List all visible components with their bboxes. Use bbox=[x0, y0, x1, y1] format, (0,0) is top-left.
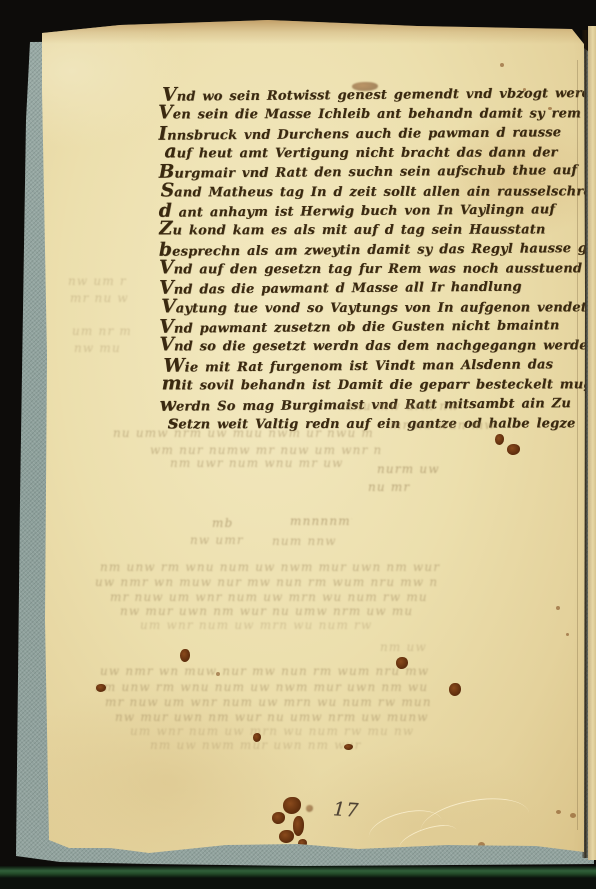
bleedthrough-note: nu mr bbox=[368, 480, 428, 494]
paper-speck bbox=[570, 813, 576, 818]
bottom-shadow bbox=[0, 878, 596, 889]
bleedthrough-note: wm nur numw mr nuw um wnr n bbox=[150, 443, 440, 457]
ink-stain-cluster bbox=[272, 812, 285, 824]
page-number: 17 bbox=[332, 798, 360, 822]
manuscript-line: Vnd so die gesetzt werdn das dem nachgeg… bbox=[159, 336, 589, 356]
table-edge-highlight bbox=[0, 866, 596, 878]
bleedthrough-line: nw mur uwn nm wur nu umw nrm uw munw bbox=[115, 710, 525, 724]
paper-speck bbox=[216, 672, 220, 676]
manuscript-line: Sand Matheus tag In d zeit sollt allen a… bbox=[161, 181, 589, 201]
bleedthrough-note: nw umr bbox=[190, 533, 260, 547]
bleedthrough-note: nurm uw bbox=[377, 462, 449, 476]
top-edge-discoloration bbox=[40, 18, 584, 44]
ink-stain bbox=[507, 444, 520, 455]
bleedthrough-line: um nr m bbox=[72, 324, 167, 338]
bleedthrough-note: nu umw nrm uw muu nwm ur nwu m bbox=[113, 426, 425, 440]
bleedthrough-line: um wnr num uw mrn wu num rw mu nw bbox=[130, 724, 510, 738]
ink-stain-cluster bbox=[306, 805, 313, 812]
bleedthrough-line: nw mur uwn nm wur nu umw nrm uw mu bbox=[120, 604, 510, 618]
manuscript-line: Vnd das die pawmant d Masse all Ir handl… bbox=[159, 276, 589, 299]
manuscript-page: Vnd wo sein Rotwisst genest gemendt vnd … bbox=[0, 0, 596, 889]
bleedthrough-line: nw mu bbox=[74, 341, 162, 355]
bleedthrough-line: uw nmr wn muw nur mw nun rm wum nru mw n bbox=[95, 575, 535, 589]
bleedthrough-line: nm unw rm wnu num uw nwm mur uwn nm wu bbox=[95, 680, 535, 694]
adjacent-page-edge bbox=[588, 26, 596, 860]
bleedthrough-line: nw um r bbox=[68, 274, 168, 288]
bleedthrough-line: um wnr num uw mrn wu num rw bbox=[140, 618, 470, 632]
bleedthrough-line: uw nmr wn muw nur mw nun rm wum nru mw bbox=[100, 664, 530, 678]
manuscript-text-block: Vnd wo sein Rotwisst genest gemendt vnd … bbox=[158, 84, 590, 434]
paper-speck bbox=[566, 633, 569, 636]
manuscript-line: mit sovil behandn ist Damit die geparr b… bbox=[162, 374, 590, 394]
manuscript-line: Burgmair vnd Ratt den suchn sein aufschu… bbox=[158, 160, 588, 183]
bleedthrough-line: mr nuw um wnr num uw mrn wu num rw mun bbox=[105, 695, 535, 709]
ink-stain-cluster bbox=[283, 797, 301, 814]
paper-speck bbox=[500, 63, 504, 67]
bleedthrough-note: num nnw bbox=[272, 534, 350, 548]
ink-stain bbox=[495, 434, 504, 445]
paper-speck bbox=[556, 810, 561, 814]
manuscript-line: Vaytung tue vond so Vaytungs von In aufg… bbox=[161, 297, 589, 317]
bleedthrough-line: mr nuw um wnr num uw mrn wu num rw mu bbox=[110, 590, 530, 604]
ink-stain-cluster bbox=[279, 830, 294, 843]
bleedthrough-line: nm uw nwm mur uwn nm wur bbox=[150, 738, 450, 752]
manuscript-line: besprechn als am zweytin damit sy das Re… bbox=[159, 238, 589, 261]
bleedthrough-note: nnu mw urm nw bbox=[345, 399, 475, 413]
paper-crease bbox=[577, 60, 578, 830]
manuscript-line: Innsbruck vnd Durchens auch die pawman d… bbox=[158, 122, 588, 145]
manuscript-line: Zu kond kam es als mit auf d tag sein Ha… bbox=[159, 220, 589, 240]
paper-speck bbox=[523, 88, 526, 91]
bleedthrough-line: nm unw rm wnu num uw nwm mur uwn nm wur bbox=[100, 560, 530, 574]
ink-stain-cluster bbox=[293, 816, 304, 836]
manuscript-photo: Vnd wo sein Rotwisst genest gemendt vnd … bbox=[0, 0, 596, 889]
ink-stain bbox=[180, 649, 190, 662]
bleedthrough-note: mb bbox=[212, 516, 257, 530]
bleedthrough-note: mnnnnmw bbox=[290, 514, 352, 528]
manuscript-line: Ven sein die Masse Ichleib ant behandn d… bbox=[158, 104, 588, 124]
bleedthrough-line: mr nu w bbox=[70, 291, 170, 305]
bleedthrough-note: nm uwr num wnu mr uw bbox=[170, 456, 410, 470]
paper-speck bbox=[548, 107, 552, 110]
bleedthrough-line: nm uw bbox=[380, 640, 435, 654]
manuscript-line: Wie mit Rat furgenom ist Vindt man Alsde… bbox=[163, 354, 589, 377]
paper-speck bbox=[556, 606, 560, 610]
